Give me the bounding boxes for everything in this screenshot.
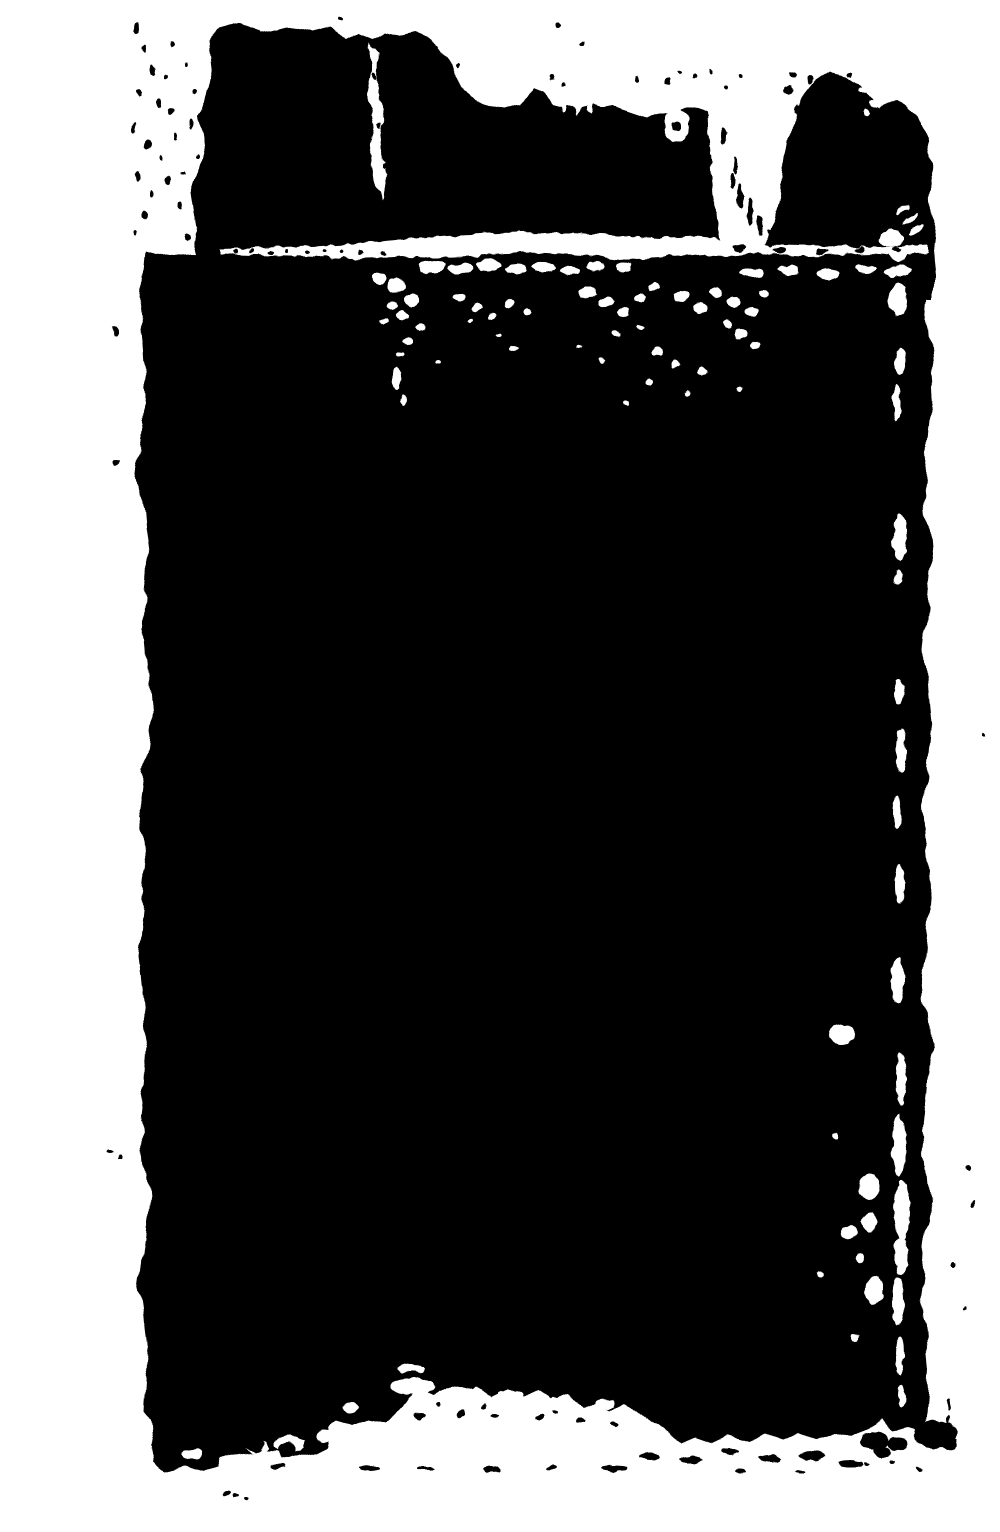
abstract-print <box>40 16 1000 1516</box>
print-canvas <box>40 16 1000 1516</box>
